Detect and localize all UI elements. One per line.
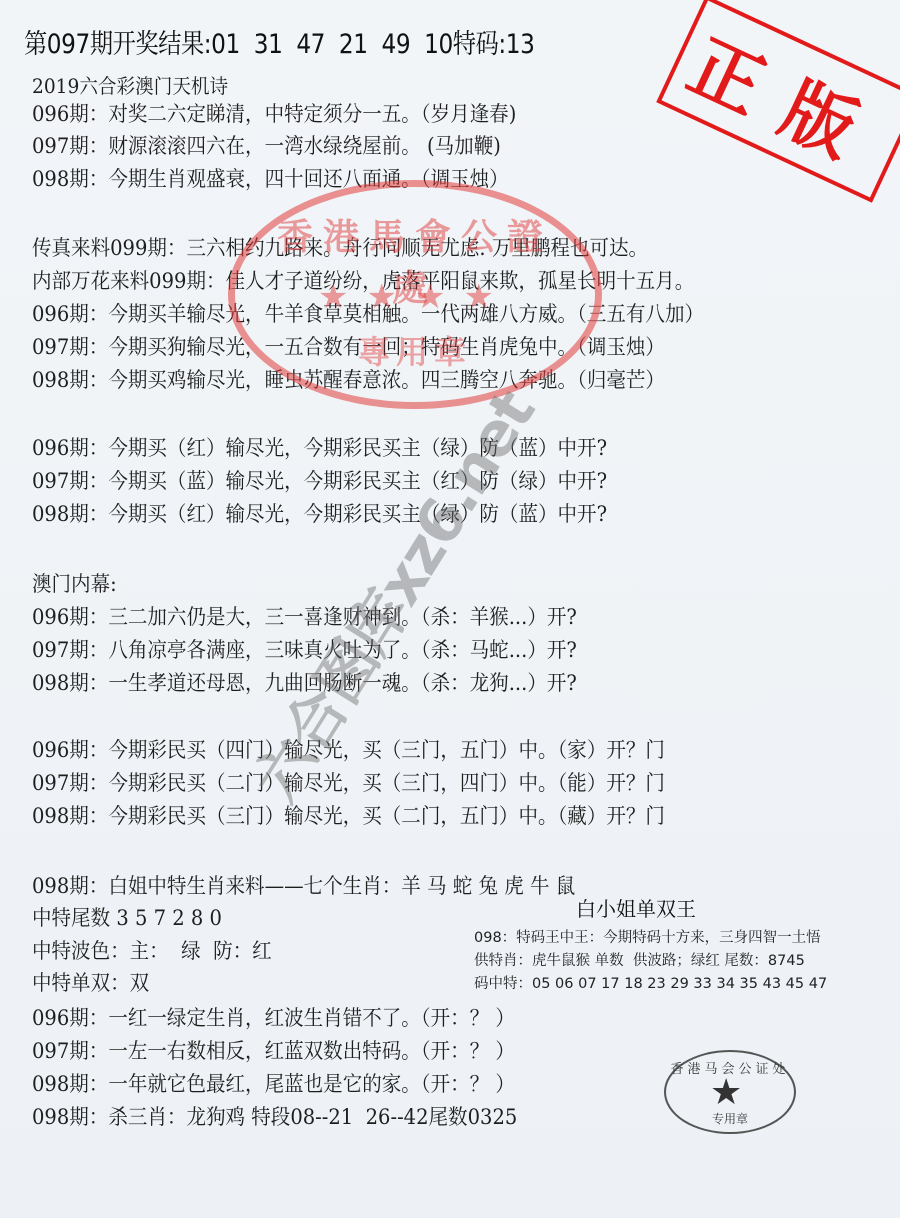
final-line: 098期：杀三肖：龙狗鸡 特段08--21 26--42尾数0325 — [32, 1101, 517, 1131]
wave-line: 097期：今期买（蓝）输尽光，今期彩民买主（红）防（绿）中开? — [32, 465, 607, 495]
final-line: 096期：一红一绿定生肖，红波生肖错不了。（开：？ ） — [32, 1002, 515, 1032]
box-line: 098：特码王中王：今期特码十方来，三身四智一土悟 — [474, 926, 821, 947]
odd-even: 中特单双：双 — [32, 967, 149, 997]
zodiac-line: 098期：白姐中特生肖来料——七个生肖：羊 马 蛇 兔 虎 牛 鼠 — [32, 870, 575, 900]
fax-line: 内部万花来料099期：佳人才子道纷纷，虎落平阳鼠来欺，孤星长明十五月。 — [32, 265, 694, 295]
box-line: 码中特：05 06 07 17 18 23 29 33 34 35 43 45 … — [474, 972, 827, 993]
section-heading: 澳门内幕: — [32, 568, 117, 598]
document-page: 第097期开奖结果:01 31 47 21 49 10特码:13 2019六合彩… — [0, 0, 900, 1218]
box-line: 供特肖：虎牛鼠猴 单数 供波路；绿红 尾数：8745 — [474, 949, 805, 970]
fax-line: 098期：今期买鸡输尽光，睡虫苏醒春意浓。四三腾空八奔驰。（归毫芒） — [32, 364, 665, 394]
final-line: 097期：一左一右数相反，红蓝双数出特码。（开：？ ） — [32, 1035, 515, 1065]
fax-line: 096期：今期买羊输尽光，牛羊食草莫相触。一代两雄八方威。（三五有八加） — [32, 298, 704, 328]
oval-stamp: 香港马会公证处 ★ 专用章 — [664, 1050, 796, 1134]
tail-numbers: 中特尾数 3 5 7 2 8 0 — [32, 902, 222, 932]
fax-line: 097期：今期买狗输尽光，一五合数有一回；特码生肖虎兔中。（调玉烛） — [32, 331, 665, 361]
poem-line: 096期：对奖二六定睇清，中特定须分一五。（岁月逢春) — [32, 98, 516, 128]
door-line: 097期：今期彩民买（二门）输尽光，买（三门，四门）中。（能）开？门 — [32, 767, 665, 797]
draw-result-title: 第097期开奖结果:01 31 47 21 49 10特码:13 — [24, 22, 534, 61]
fax-line: 传真来料099期：三六相约九路来。舟行同顺无尤虑. 万里鹏程也可达。 — [32, 232, 648, 262]
wave-line: 098期：今期买（红）输尽光，今期彩民买主（绿）防（蓝）中开? — [32, 498, 607, 528]
door-line: 098期：今期彩民买（三门）输尽光，买（二门，五门）中。（藏）开？门 — [32, 800, 665, 830]
poem-line: 098期：今期生肖观盛衰，四十回还八面通。（调玉烛） — [32, 163, 509, 193]
official-stamp-text: 正版 — [675, 9, 900, 189]
star-icon: ★ — [710, 1072, 742, 1113]
official-version-stamp: 正版 — [656, 0, 900, 203]
oval-stamp-bottom-text: 专用章 — [700, 1110, 760, 1127]
final-line: 098期：一年就它色最红，尾蓝也是它的家。（开：？ ） — [32, 1068, 515, 1098]
poem-line: 097期：财源滚滚四六在，一湾水绿绕屋前。 (马加鞭) — [32, 130, 501, 160]
wave-color: 中特波色：主： 绿 防：红 — [32, 935, 272, 965]
box-title: 白小姐单双王 — [576, 893, 696, 922]
inside-line: 096期：三二加六仍是大，三一喜逢财神到。（杀：羊猴...）开? — [32, 601, 577, 631]
subtitle: 2019六合彩澳门天机诗 — [32, 70, 228, 99]
